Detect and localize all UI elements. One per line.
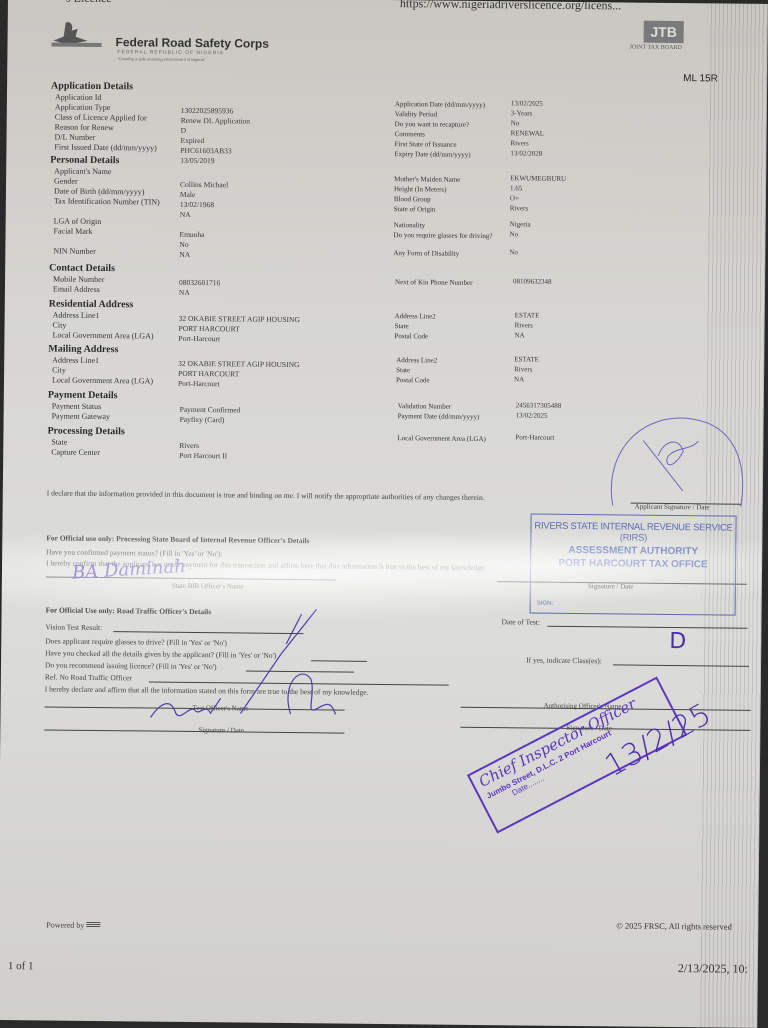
field-label: State of Origin [394, 205, 504, 214]
field-value: 32 OKABIE STREET AGIP HOUSING [179, 314, 300, 324]
section-title-personal: Personal Details [50, 154, 119, 166]
field-value: 08109632348 [513, 277, 552, 285]
field-label: Do you want to recapture? [395, 120, 505, 129]
field-value: Rivers [179, 441, 199, 450]
field-value: Rivers [510, 204, 528, 212]
field-value: 245631730548​8 [516, 401, 562, 409]
field-label: Next of Kin Phone Number [395, 278, 505, 287]
organization-motto: "Creating a safe motoring environment in… [117, 56, 205, 62]
field-label: Application Id [55, 93, 102, 102]
rirs-stamp-line1: RIVERS STATE INTERNAL REVENUE SERVICE (R… [531, 521, 735, 545]
rirs-stamp-line2: ASSESSMENT AUTHORITY [531, 545, 735, 558]
field-value: NA [179, 288, 190, 297]
field-value: D [181, 126, 187, 135]
field-label: Local Government Area (LGA) [52, 376, 153, 386]
field-value: PORT HARCOURT [179, 324, 240, 334]
field-value: No [509, 248, 518, 256]
field-value: 13/02/2025 [511, 99, 543, 107]
field-value: Payfixy (Card) [180, 415, 225, 424]
field-value: Port-Harcourt [178, 334, 220, 343]
field-label: LGA of Origin [54, 217, 102, 226]
birs-name-caption: State BIR Officer's Name [172, 582, 244, 591]
field-label: Height (In Meters) [394, 185, 504, 194]
field-label: Tax Identification Number (TIN) [54, 197, 160, 207]
field-value: 13/02/2025 [516, 411, 548, 419]
field-value: Port-Harcourt [178, 379, 220, 388]
field-value: Payment Confirmed [180, 405, 241, 415]
form-code: ML 15R [683, 73, 718, 84]
field-value: ESTATE [515, 311, 540, 319]
field-label: Mother's Maiden Name [394, 175, 504, 184]
field-value: 3-Years [511, 109, 533, 117]
field-value: 13/02/1968 [180, 200, 214, 209]
field-label: Payment Gateway [52, 412, 111, 422]
rirs-stamp-line3: PORT HARCOURT TAX OFFICE [531, 558, 735, 571]
field-value: Rivers [514, 365, 532, 373]
frsc-eagle-logo-icon [47, 18, 107, 55]
birs-question-payment: Have you confirmed payment status? (Fill… [46, 547, 222, 558]
field-label: Address Line1 [53, 311, 100, 320]
section-title-processing: Processing Details [47, 425, 124, 437]
section-title-payment: Payment Details [48, 389, 118, 401]
field-value: 13/02/2028 [510, 149, 542, 157]
rirs-stamp: RIVERS STATE INTERNAL REVENUE SERVICE (R… [530, 514, 737, 616]
field-label: State [51, 437, 67, 446]
field-value: 13/05/2019 [180, 156, 214, 165]
field-value: 32 OKABIE STREET AGIP HOUSING [178, 359, 299, 369]
field-label: D/L Number [54, 133, 95, 142]
birs-section-title: For Official use only: Processing State … [46, 533, 309, 545]
section-title-residential: Residential Address [49, 298, 134, 310]
copyright: © 2025 FRSC, All rights reserved [616, 920, 732, 931]
field-label: Address Line1 [52, 356, 99, 365]
printed-document-page: s Licence https://www.nigeriadriverslice… [0, 0, 768, 1024]
print-url: https://www.nigeriadriverslicence.org/li… [400, 0, 621, 13]
field-value: EKWUMEGBURU [510, 174, 566, 183]
field-value: Port-Harcourt [515, 433, 554, 441]
field-label: First State of Issuance [394, 140, 504, 149]
date-of-test-label: Date of Test: [501, 617, 540, 626]
field-label: Validation Number [398, 402, 508, 411]
field-value: NA [180, 210, 191, 219]
field-label: Application Date (dd/mm/yyyy) [395, 100, 505, 109]
field-value: 1.65 [510, 184, 522, 192]
field-value: NA [514, 375, 524, 383]
class-label: If yes, indicate Class(es): [526, 655, 602, 665]
field-label: Validity Period [395, 110, 505, 119]
field-value: NA [179, 250, 190, 259]
powered-by-label: Powered by [46, 920, 84, 929]
field-label: Local Government Area (LGA) [397, 434, 507, 443]
rto-ref-number: Ref. No Road Traffic Officer [45, 672, 132, 682]
field-value: PORT HARCOURT [178, 369, 239, 379]
field-label: Capture Center [51, 447, 100, 457]
field-value: 13022025895936 [181, 106, 234, 116]
section-title-contact: Contact Details [49, 262, 115, 274]
class-handwritten-value: D [669, 629, 686, 654]
page-indicator: 1 of 1 [8, 960, 34, 972]
field-label: Gender [54, 177, 78, 186]
field-value: PHC61603AB33 [180, 146, 231, 156]
field-label: Do you require glasses for driving? [393, 231, 503, 240]
field-value: No [179, 240, 188, 249]
field-label: First Issued Date (dd/mm/yyyy) [54, 143, 157, 153]
section-title-application: Application Details [51, 80, 133, 92]
field-label: Postal Code [396, 376, 506, 385]
field-label: Postal Code [394, 332, 504, 341]
print-timestamp: 2/13/2025, 10: [678, 961, 748, 977]
field-label: Comments [395, 130, 505, 139]
form-body: Application DetailsApplication IdApplica… [8, 0, 768, 4]
field-value: Expired [180, 136, 204, 145]
field-value: Rivers [510, 139, 528, 147]
field-label: City [52, 366, 66, 375]
field-value: Renew DL Application [181, 116, 250, 126]
field-value: 08032601716 [179, 278, 220, 287]
field-label: Expiry Date (dd/mm/yyyy) [394, 150, 504, 159]
field-value: RENEWAL [511, 129, 545, 137]
field-label: State [396, 366, 506, 375]
field-label: City [53, 321, 67, 330]
field-label: Reason for Renew [55, 123, 114, 133]
page-title-fragment: s Licence [66, 0, 112, 6]
scan-smudge [697, 3, 768, 1024]
class-line[interactable] [613, 664, 749, 666]
field-value: NA [514, 331, 524, 339]
field-label: Address Line2 [396, 356, 506, 365]
field-label: Blood Group [394, 195, 504, 204]
jtb-logo: JTB [644, 21, 684, 43]
rirs-stamp-sign: SIGN: [537, 601, 553, 607]
field-label: Date of Birth (dd/mm/yyyy) [54, 187, 145, 197]
field-value: O+ [510, 194, 519, 202]
field-label: Facial Mark [54, 227, 93, 236]
field-value: Male [180, 190, 196, 199]
field-value: No [510, 230, 519, 238]
field-label: State [395, 322, 505, 331]
powered-by: Powered by [46, 920, 100, 930]
field-label: Address Line2 [395, 312, 505, 321]
field-label: Payment Date (dd/mm/yyyy) [398, 412, 508, 421]
field-label: NIN Number [53, 247, 96, 256]
field-label: Any Form of Disability [393, 249, 503, 258]
field-label: Email Address [53, 285, 100, 294]
rto-vision-result: Vision Test Result: [45, 622, 102, 632]
powered-by-logo-icon [86, 922, 100, 928]
field-label: Application Type [55, 103, 111, 113]
field-value: Port Harcourt II [179, 451, 227, 461]
organization-sub: FEDERAL REPUBLIC OF NIGERIA [117, 49, 224, 56]
field-label: Applicant's Name [54, 167, 111, 177]
field-label: Local Government Area (LGA) [52, 331, 153, 341]
field-label: Payment Status [52, 402, 102, 412]
field-label: Class of Licence Applied for [55, 113, 147, 123]
applicant-signature-caption: Applicant Signature / Date [635, 503, 710, 512]
field-value: Emuoha [179, 230, 204, 239]
field-label: Nationality [394, 221, 504, 230]
field-value: ESTATE [514, 355, 539, 363]
jtb-label: JOINT TAX BOARD [629, 45, 681, 52]
field-value: Nigeria [510, 220, 531, 228]
declaration-text: I declare that the information provided … [47, 488, 485, 502]
field-value: No [511, 119, 520, 127]
applicant-signature-icon [603, 410, 754, 512]
section-title-mailing: Mailing Address [48, 343, 118, 355]
rto-signatures-icon [140, 602, 361, 734]
field-value: Rivers [515, 321, 533, 329]
field-label: Mobile Number [53, 275, 104, 285]
field-value: Collins Michael [180, 180, 228, 190]
